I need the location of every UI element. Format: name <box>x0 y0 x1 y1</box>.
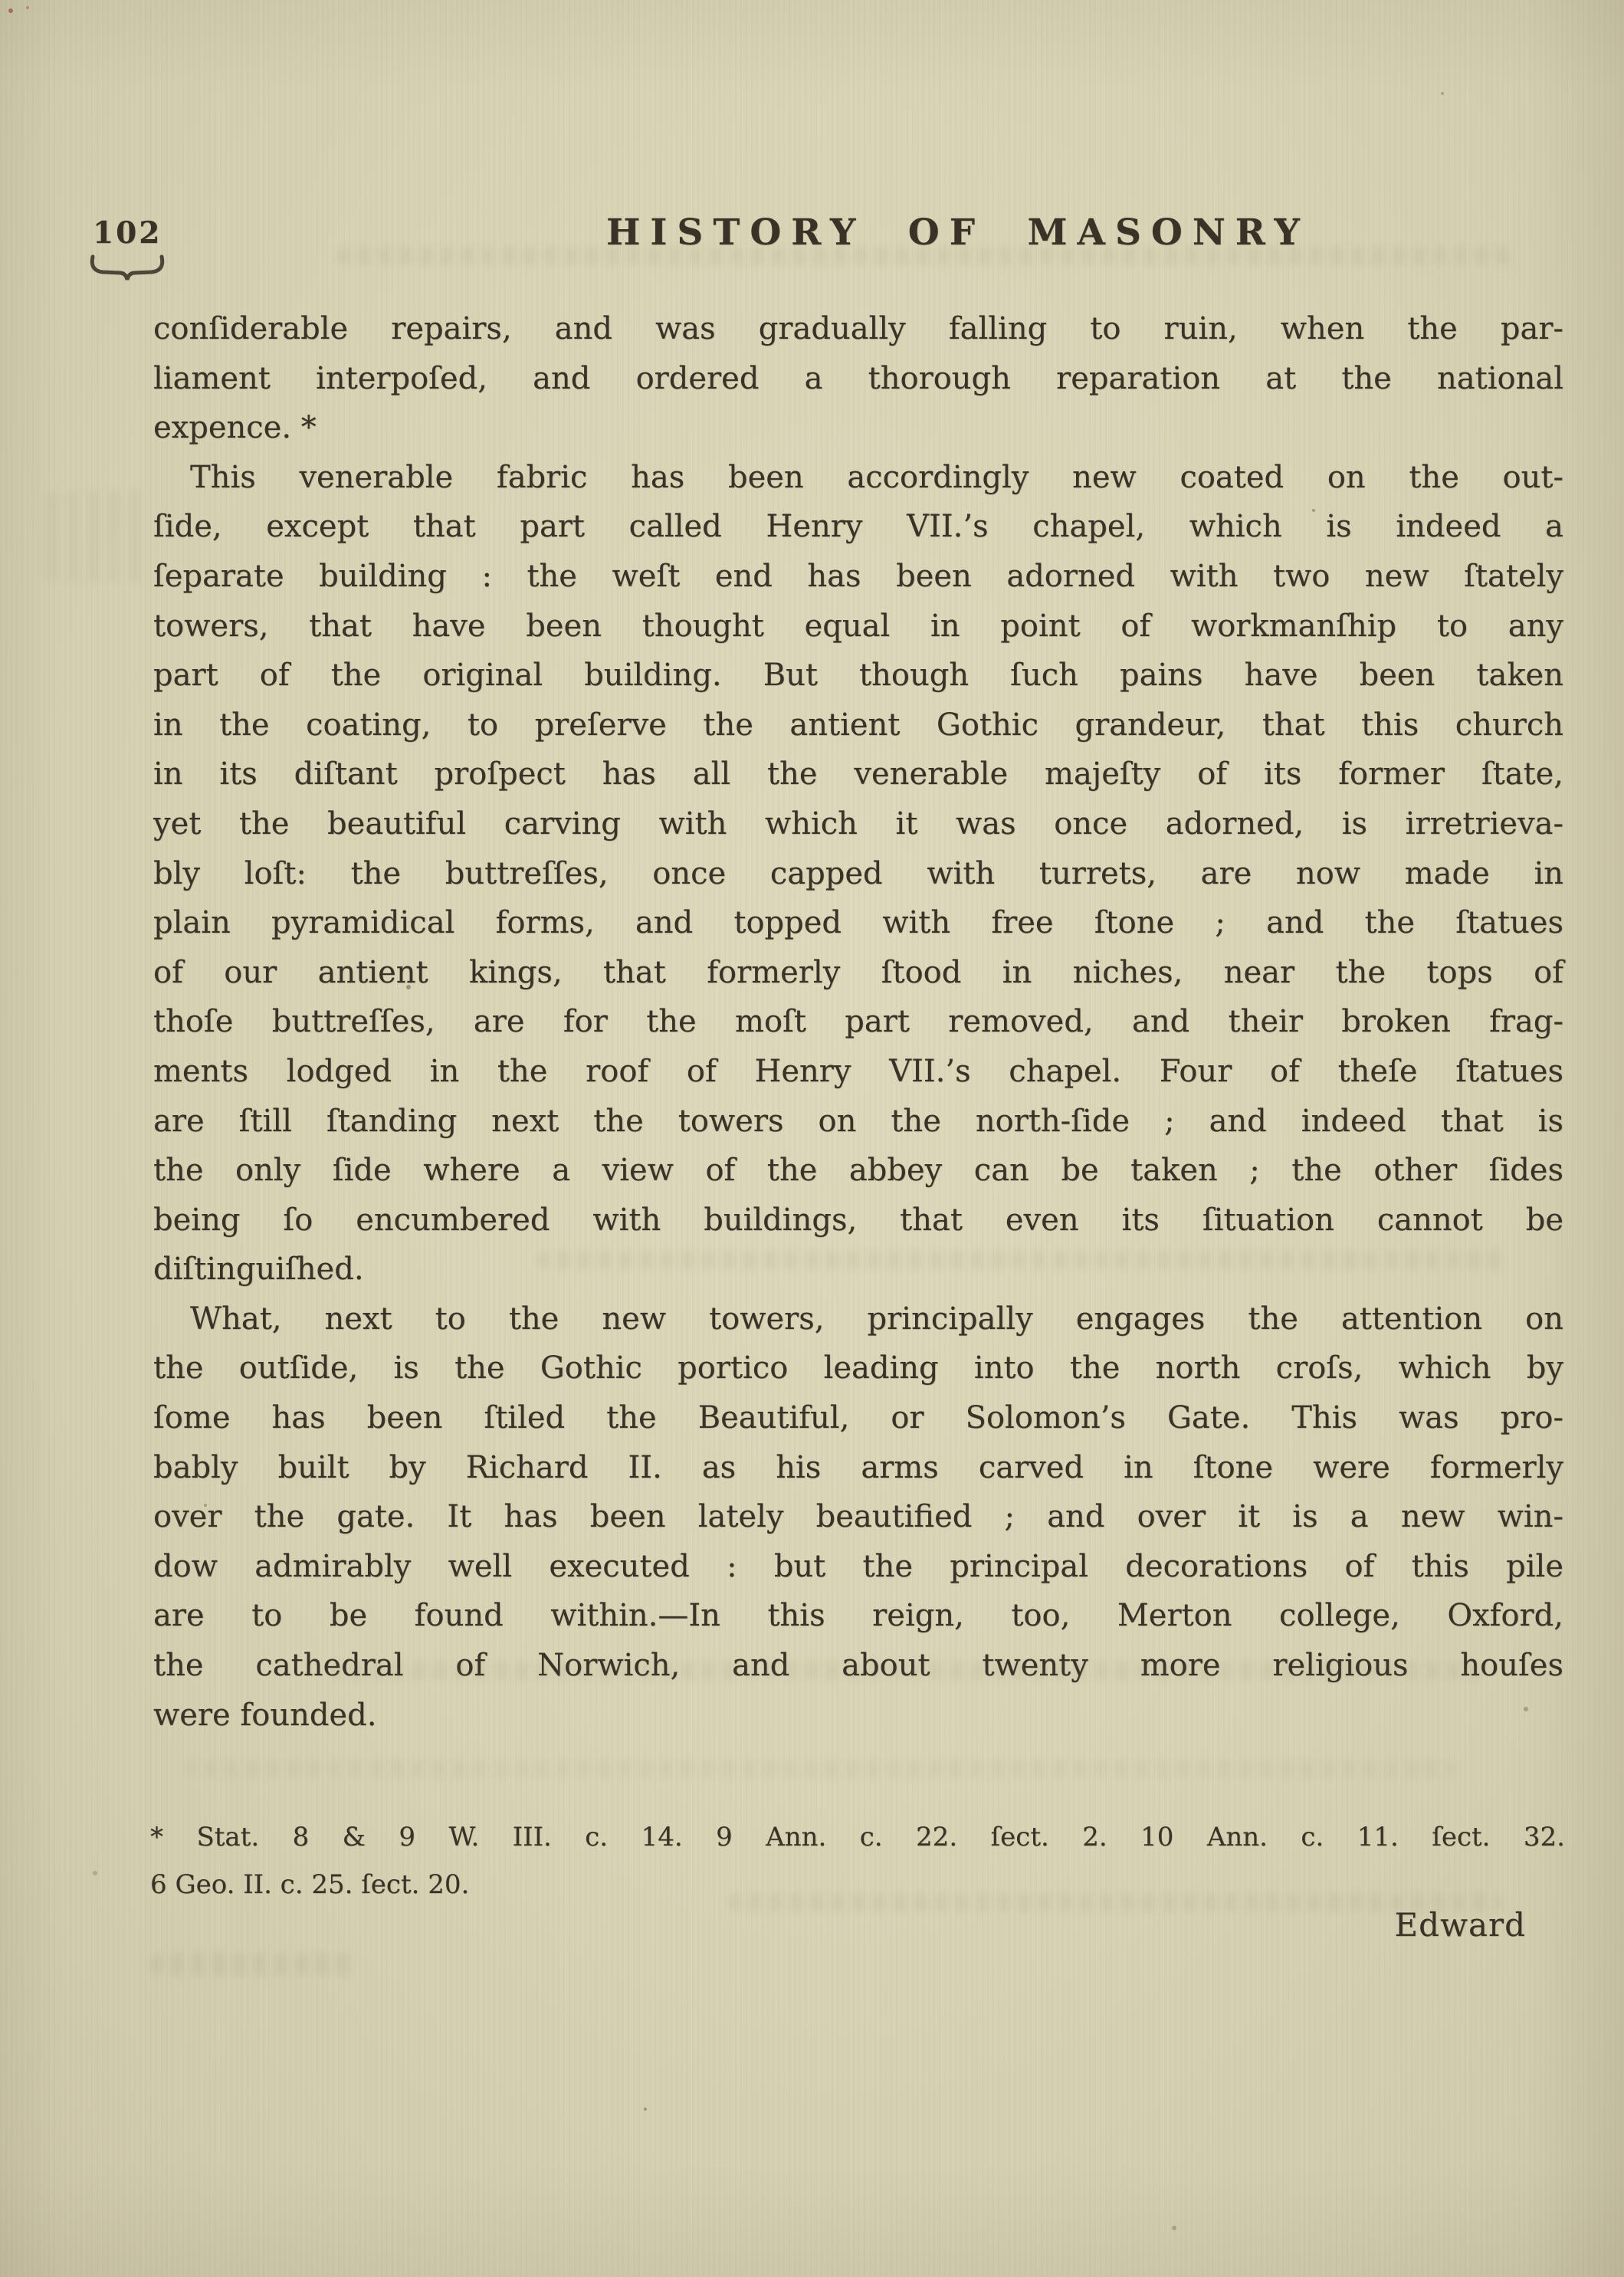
text-line: yet the beautiful carving with which it … <box>153 799 1563 849</box>
text-line: ments lodged in the roof of Henry VII.’s… <box>153 1047 1563 1097</box>
text-line: conſiderable repairs, and was gradually … <box>153 304 1563 354</box>
text-line: in its diſtant proſpect has all the vene… <box>153 750 1563 799</box>
footnote-line: * Stat. 8 & 9 W. III. c. 14. 9 Ann. c. 2… <box>150 1813 1565 1861</box>
text-line: This venerable fabric has been according… <box>153 453 1563 503</box>
ink-bleedthrough <box>46 491 146 582</box>
page-number: 102 <box>93 215 162 251</box>
text-line: the only ſide where a view of the abbey … <box>153 1146 1563 1196</box>
text-line: dow admirably well executed : but the pr… <box>153 1542 1563 1592</box>
footnote: * Stat. 8 & 9 W. III. c. 14. 9 Ann. c. 2… <box>150 1813 1565 1908</box>
paper-specks <box>0 0 3 3</box>
underbrace-ornament <box>87 254 167 284</box>
text-line: bably built by Richard II. as his arms c… <box>153 1443 1563 1493</box>
text-line: expence. * <box>153 403 1563 453</box>
text-line: part of the original building. But thoug… <box>153 651 1563 700</box>
text-line: the outſide, is the Gothic portico leadi… <box>153 1344 1563 1393</box>
text-line: towers, that have been thought equal in … <box>153 602 1563 651</box>
text-line: were founded. <box>153 1691 1563 1741</box>
text-line: in the coating, to preſerve the antient … <box>153 700 1563 750</box>
text-line: ſide, except that part called Henry VII.… <box>153 502 1563 552</box>
text-line: are ſtill ſtanding next the towers on th… <box>153 1097 1563 1147</box>
text-line: over the gate. It has been lately beauti… <box>153 1492 1563 1542</box>
text-line: of our antient kings, that formerly ſtoo… <box>153 948 1563 998</box>
ink-bleedthrough <box>150 1953 357 1976</box>
text-line: being ſo encumbered with buildings, that… <box>153 1196 1563 1245</box>
text-line: plain pyramidical forms, and topped with… <box>153 898 1563 948</box>
text-line: bly loſt: the buttreſſes, once capped wi… <box>153 849 1563 899</box>
footnote-line: 6 Geo. II. c. 25. ſect. 20. <box>150 1861 1565 1908</box>
text-line: are to be found within.—In this reign, t… <box>153 1591 1563 1641</box>
text-line: ſome has been ſtiled the Beautiful, or S… <box>153 1393 1563 1443</box>
text-line: the cathedral of Norwich, and about twen… <box>153 1641 1563 1691</box>
text-line: ſeparate building : the weſt end has bee… <box>153 552 1563 602</box>
book-page: 102 HISTORY OF MASONRY conſiderable repa… <box>0 0 1624 2277</box>
ink-bleedthrough <box>184 1760 1456 1778</box>
text-line: thoſe buttreſſes, are for the moſt part … <box>153 997 1563 1047</box>
text-line: What, next to the new towers, principall… <box>153 1294 1563 1344</box>
running-head-title: HISTORY OF MASONRY <box>253 212 1624 254</box>
text-line: diſtinguiſhed. <box>153 1245 1563 1294</box>
body-text: conſiderable repairs, and was gradually … <box>153 304 1563 1740</box>
text-line: liament interpoſed, and ordered a thorou… <box>153 354 1563 404</box>
catchword: Edward <box>1395 1906 1527 1944</box>
